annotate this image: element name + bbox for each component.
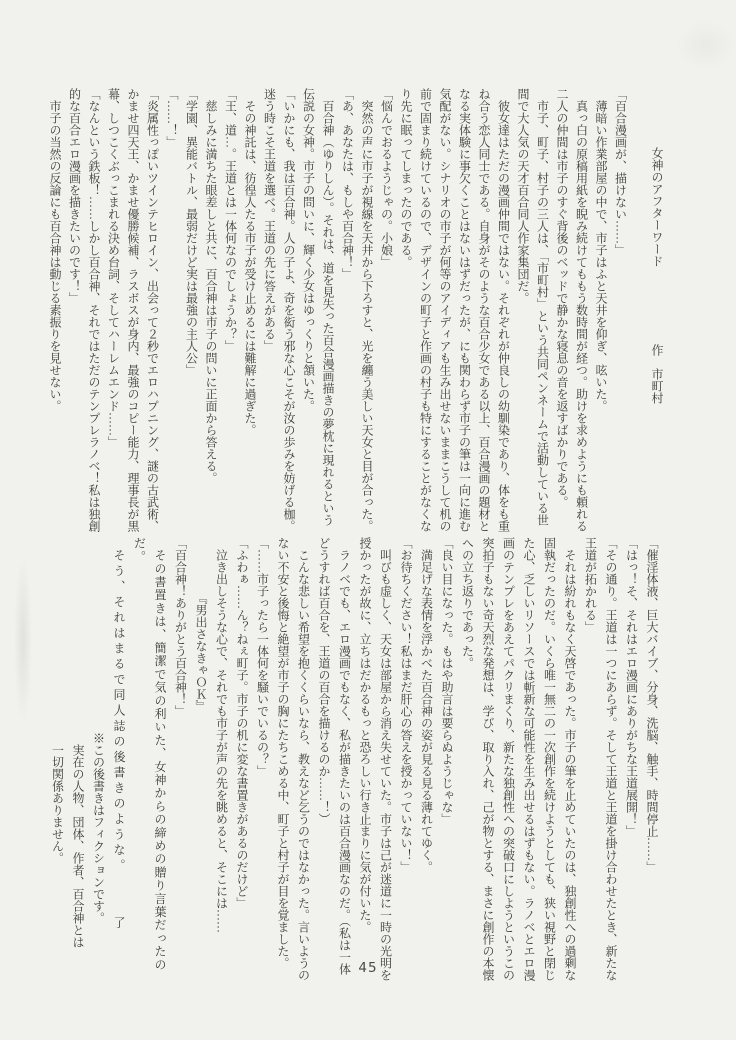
story-paragraph: 「お待ちください！私はまだ肝心の答えを授かっていない！」 — [396, 537, 417, 981]
story-paragraph: 「良い目になった。もはや助言は要らぬようじゃな」 — [437, 537, 458, 981]
story-paragraph: 慈しみに満ちた眼差しと共に、百合神は市子の問いに正面から答える。 — [201, 88, 221, 532]
story-paragraph: 「あ、あなたは、もしや百合神！」 — [337, 88, 357, 532]
story-paragraph: 「その通り。王道は一つにあらず。そして王道と王道を掛け合わせたとき、新たな王道が… — [580, 537, 621, 981]
story-paragraph: 突然の声に市子が視線を天井から下ろすと、光を纏う美しい天女と目が合った。 — [357, 88, 377, 532]
story-paragraph: その神託は、彷徨人たる市子が受け止めるには難解に過ぎた。 — [240, 88, 260, 532]
story-paragraph: 市子、町子、村子の三人は、「市町村」という共同ペンネームで活動している世間で大人… — [513, 88, 552, 532]
closing-text: そう、それはまるで同人誌の後書きのような。 — [112, 549, 126, 875]
story-paragraph: 「悩んでおるようじゃの。小娘」 — [376, 88, 396, 532]
afterword-story-part-1: 女神のアフターワード作 市町村 「百合漫画が、描けない……」 薄暗い作業部屋の中… — [38, 88, 666, 532]
disclaimer-line: 一切関係ありません。 — [47, 744, 68, 981]
end-mark: 了 — [112, 917, 126, 933]
closing-line: そう、それはまるで同人誌の後書きのような。了 — [109, 537, 130, 981]
note-quote: 『男出さなきゃＯＫ』 — [191, 592, 212, 981]
disclaimer-line: ※この後書きはフィクションです。 — [88, 732, 109, 981]
story-paragraph: 泣き出しそうな心で、それでも市子が声の先を眺めると、そこには…… — [211, 537, 232, 981]
afterword-story-part-2: 「催淫体液、巨大バイブ、分身、洗脳、触手、時間停止……」 「はっ！そ、それはエロ… — [38, 537, 662, 981]
story-paragraph: その書置きは、簡潔で気の利いた、女神からの締めの贈り言葉だったのだ。 — [129, 537, 170, 981]
story-paragraph: 「催淫体液、巨大バイブ、分身、洗脳、触手、時間停止……」 — [642, 537, 663, 981]
page-number: 45 — [0, 960, 736, 976]
story-paragraph: 「ふわぁ……ん？ねぇ町子。市子の机に変な書置きがあるのだけど」 — [232, 537, 253, 981]
story-paragraph: 「……！」 — [162, 88, 182, 532]
scanned-afterword-page: 女神のアフターワード作 市町村 「百合漫画が、描けない……」 薄暗い作業部屋の中… — [0, 0, 736, 1040]
story-paragraph: 「なんという鉄板！……しかし百合神、それではただのテンプレラノベ！私は独創的な百… — [64, 88, 103, 532]
scan-smudge — [14, 555, 32, 725]
page-title: 女神のアフターワード — [650, 147, 664, 267]
story-paragraph: 満足げな表情を浮かべた百合神の姿が見る見る薄れてゆく。 — [416, 537, 437, 981]
story-paragraph: 市子の当然の反論にも百合神は動じる素振りを見せない。 — [45, 88, 65, 532]
author-credit: 作 市町村 — [650, 344, 664, 404]
story-paragraph: 百合神（ゆりしん）。それは、道を見失った百合漫画描きの夢枕に現れるという伝説の女… — [298, 88, 337, 532]
title-column: 女神のアフターワード作 市町村 — [647, 88, 667, 532]
story-paragraph: 「……市子ったら一体何を騒いでいるの？」 — [252, 537, 273, 981]
story-paragraph: 「はっ！そ、それはエロ漫画にありがちな王道展開！」 — [621, 537, 642, 981]
story-paragraph: 「百合漫画が、描けない……」 — [610, 88, 630, 532]
story-paragraph: 彼女達はただの漫画仲間ではない。それぞれが仲良しの幼馴染であり、体をも重ね合う恋… — [396, 88, 513, 532]
story-paragraph: 「いかにも、我は百合神。人の子よ、奇を衒う邪な心こそが汝の歩みを妨げる枷。迷う時… — [259, 88, 298, 532]
story-paragraph: 「炎属性っぽいツインテヒロイン、出会って２秒でエロハプニング、謎の古武術、かませ… — [103, 88, 162, 532]
story-paragraph: 薄暗い作業部屋の中で、市子はふと天井を仰ぎ、呟いた。 — [591, 88, 611, 532]
story-paragraph: こんな悲しい希望を抱くくらいなら、教えなど乞うのではなかった。言いようのない不安… — [273, 537, 314, 981]
disclaimer-line: 実在の人物、団体、作者、百合神とは — [68, 744, 89, 981]
story-paragraph: ラノベでも、エロ漫画でもなく、私が描きたいのは百合漫画なのだ。（私は一体どうすれ… — [314, 537, 355, 981]
story-paragraph: 真っ白の原稿用紙を睨み続けてももう数時間が経つ。助けを求めようにも頼れる二人の仲… — [552, 88, 591, 532]
story-paragraph: 叫びも虚しく、天女は部屋から消え失せていた。市子は己が迷道に一時の光明を授かった… — [355, 537, 396, 981]
story-paragraph: それは紛れもなく天啓であった。市子の筆を止めていたのは、独創性への過剰な固執だっ… — [457, 537, 580, 981]
story-paragraph: 「百合神！ありがとう百合神！」 — [170, 537, 191, 981]
story-paragraph: 「王、道…。王道とは一体何なのでしょうか？」 — [220, 88, 240, 532]
scan-smudge — [676, 20, 736, 70]
column-gap — [630, 88, 647, 532]
story-paragraph: 「学園、異能バトル、最弱だけど実は最強の主人公」 — [181, 88, 201, 532]
